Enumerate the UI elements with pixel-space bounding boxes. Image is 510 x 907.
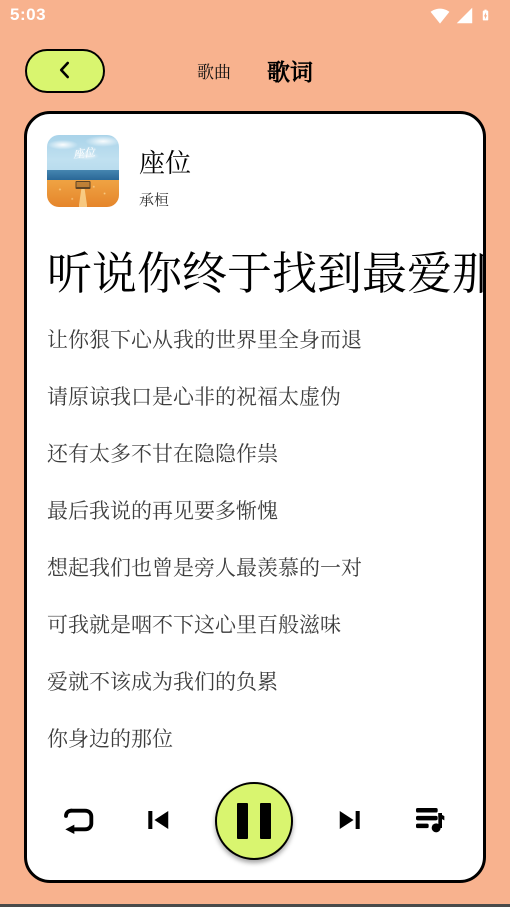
skip-previous-icon [138,802,176,841]
lyric-line: 请原谅我口是心非的祝福太虚伪 [47,383,463,412]
album-sea [47,170,119,181]
lyric-line: 让你狠下心从我的世界里全身而退 [47,326,463,355]
status-bar: 5:03 [0,0,510,30]
previous-track-button[interactable] [138,802,176,841]
album-bench [76,181,91,189]
lyric-list: 让你狠下心从我的世界里全身而退 请原谅我口是心非的祝福太虚伪 还有太多不甘在隐隐… [27,326,483,782]
album-cover-text: 座位 [73,144,97,162]
tab-song[interactable]: 歌曲 [197,58,231,83]
status-icons [430,5,492,25]
pause-icon [260,803,271,839]
song-header: 座位 座位 承桓 [27,114,483,210]
playlist-music-icon [409,800,453,843]
repeat-button[interactable] [57,800,99,843]
current-lyric-line: 听说你终于找到最爱那位 [27,246,483,298]
song-title: 座位 [139,143,191,180]
tab-lyrics[interactable]: 歌词 [267,54,313,87]
playlist-button[interactable] [409,800,453,843]
lyric-line: 你身边的那位 [47,725,463,754]
song-info: 座位 承桓 [139,135,191,210]
pause-button[interactable] [215,782,293,860]
battery-charging-icon [479,5,492,25]
repeat-icon [57,800,99,843]
pause-icon [237,803,248,839]
player-controls [27,782,483,880]
top-nav: 歌曲 歌词 [0,30,510,110]
lyric-line: 爱就不该成为我们的负累 [47,668,463,697]
lyric-line: 可我就是咽不下这心里百般滋味 [47,611,463,640]
lyrics-card: 座位 座位 承桓 听说你终于找到最爱那位 让你狠下心从我的世界里全身而退 请原谅… [24,111,486,883]
lyric-line: 想起我们也曾是旁人最羡慕的一对 [47,554,463,583]
song-artist: 承桓 [139,189,191,210]
next-track-button[interactable] [332,802,370,841]
lyric-line: 还有太多不甘在隐隐作祟 [47,440,463,469]
skip-next-icon [332,802,370,841]
album-art: 座位 [47,135,119,207]
status-clock: 5:03 [10,5,46,25]
cellular-signal-icon [455,7,474,24]
wifi-icon [430,7,450,24]
tab-bar: 歌曲 歌词 [0,30,510,110]
lyric-line: 最后我说的再见要多惭愧 [47,497,463,526]
